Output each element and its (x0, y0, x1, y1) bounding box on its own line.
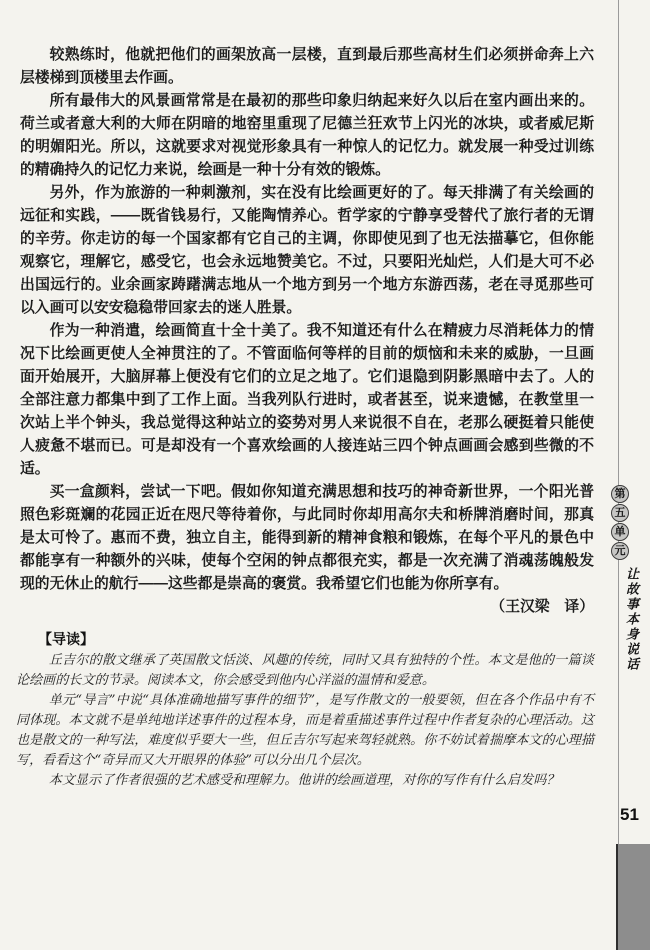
guide-section-label: 【导读】 (38, 629, 594, 649)
article-paragraph: 另外，作为旅游的一种刺激剂，实在没有比绘画更好的了。每天排满了有关绘画的远征和实… (20, 182, 594, 320)
unit-number-badge: 第 五 单 元 (611, 485, 629, 560)
article-paragraph: 所有最伟大的风景画常常是在最初的那些印象归纳起来好久以后在室内画出来的。荷兰或者… (20, 90, 594, 182)
sidebar-vertical-rule (618, 0, 619, 844)
guide-section: 【导读】 丘吉尔的散文继承了英国散文恬淡、风趣的传统，同时又具有独特的个性。本文… (16, 629, 594, 791)
guide-paragraph: 单元“导言”中说“具体准确地描写事件的细节”，是写作散文的一般要领，但在各个作品… (16, 691, 594, 771)
article-paragraph: 作为一种消遣，绘画简直十全十美了。我不知道还有什么在精疲力尽消耗体力的情况下比绘… (20, 320, 594, 481)
unit-badge-char: 单 (611, 523, 629, 541)
unit-badge-char: 五 (611, 504, 629, 522)
article-paragraph: 较熟练时，他就把他们的画架放高一层楼，直到最后那些高材生们必须拼命奔上六层楼梯到… (20, 44, 594, 90)
article-paragraph: 买一盒颜料，尝试一下吧。假如你知道充满思想和技巧的神奇新世界，一个阳光普照色彩斑… (20, 481, 594, 596)
unit-badge-char: 元 (611, 542, 629, 560)
page-corner-tab (616, 844, 650, 950)
guide-paragraph: 本文显示了作者很强的艺术感受和理解力。他讲的绘画道理，对你的写作有什么启发吗？ (16, 771, 594, 791)
unit-badge-char: 第 (611, 485, 629, 503)
unit-title-vertical: 让故事本身说话 (621, 567, 640, 677)
article-body: 较熟练时，他就把他们的画架放高一层楼，直到最后那些高材生们必须拼命奔上六层楼梯到… (20, 44, 594, 619)
textbook-page: 较熟练时，他就把他们的画架放高一层楼，直到最后那些高材生们必须拼命奔上六层楼梯到… (0, 0, 650, 950)
guide-paragraph: 丘吉尔的散文继承了英国散文恬淡、风趣的传统，同时又具有独特的个性。本文是他的一篇… (16, 651, 594, 691)
translator-attribution: （王汉梁 译） (20, 596, 594, 619)
page-number: 51 (620, 805, 639, 825)
